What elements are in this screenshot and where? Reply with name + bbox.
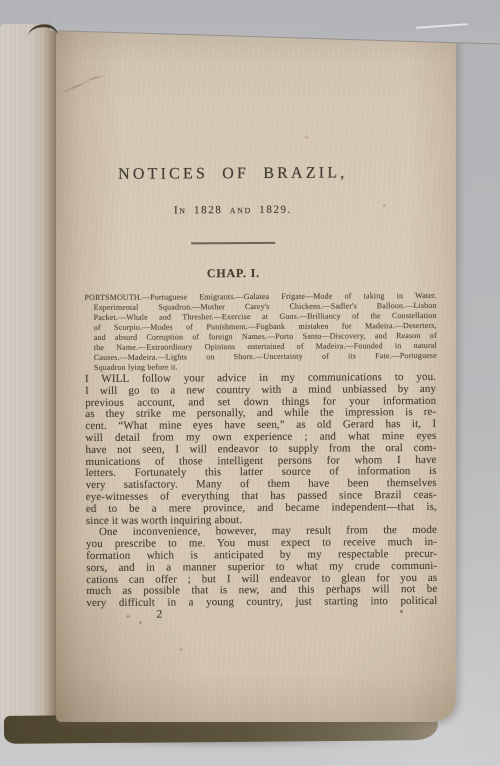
- foxing-spot: [126, 615, 130, 618]
- section-rule: [191, 242, 275, 244]
- text-line: very difficult in a young country, just …: [86, 596, 437, 610]
- text-line: ed to be a mere province, and became ind…: [86, 502, 437, 516]
- body-text: I WILL follow your advice in my communic…: [85, 372, 437, 610]
- book-left-page-stack: [0, 24, 58, 726]
- foxing-spot: [179, 648, 183, 651]
- paragraph-1: I WILL follow your advice in my communic…: [85, 372, 437, 528]
- foxing-spot: [400, 610, 403, 613]
- book-photo-scene: NOTICES OF BRAZIL, In 1828 and 1829. CHA…: [0, 0, 500, 766]
- paragraph-2: One inconvenience, however, may result f…: [86, 525, 437, 610]
- book-page: NOTICES OF BRAZIL, In 1828 and 1829. CHA…: [56, 26, 456, 722]
- foxing-spot: [383, 204, 386, 207]
- chapter-summary: PORTSMOUTH.—Portuguese Emigrants.—Galate…: [85, 291, 437, 373]
- chapter-heading: CHAP. I.: [207, 266, 260, 281]
- signature-mark: 2: [156, 609, 162, 621]
- page-subtitle: In 1828 and 1829.: [174, 204, 292, 217]
- foxing-spot: [139, 621, 142, 624]
- page-title: NOTICES OF BRAZIL,: [118, 164, 347, 182]
- foxing-spot: [304, 136, 309, 139]
- printed-page-content: NOTICES OF BRAZIL, In 1828 and 1829. CHA…: [54, 25, 458, 723]
